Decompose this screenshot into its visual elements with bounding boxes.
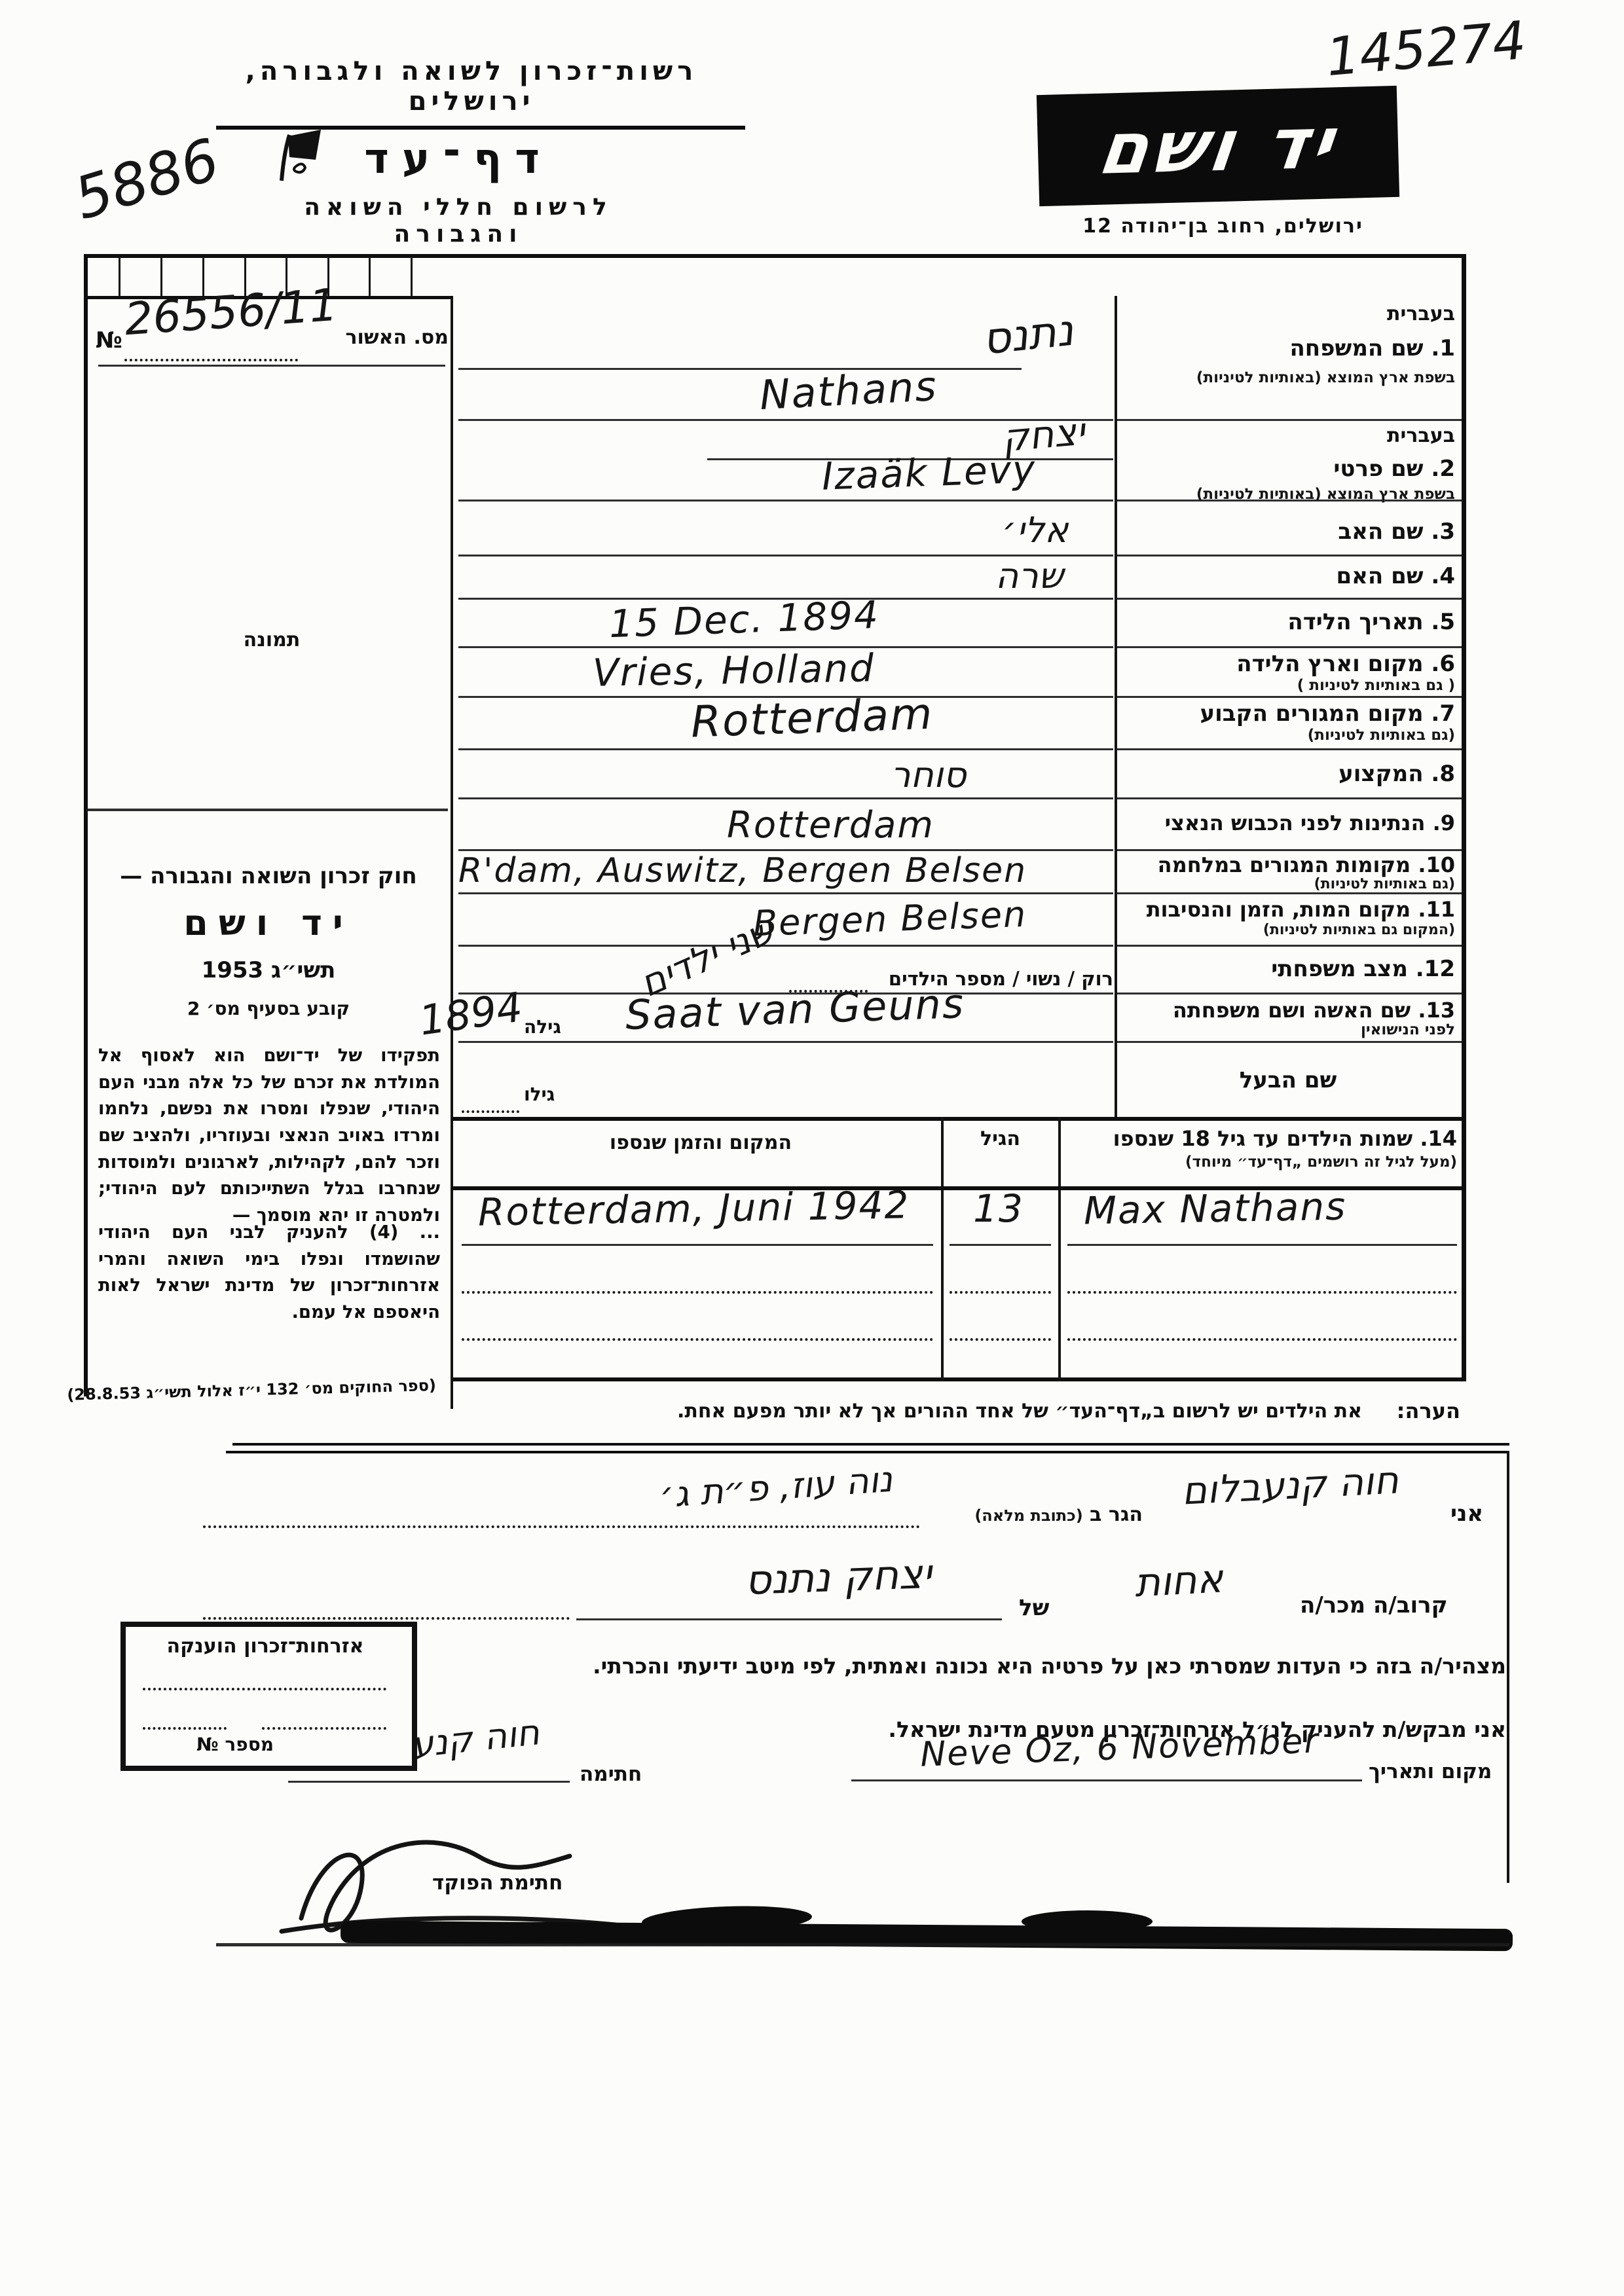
value-wife-birthyear: 1894 bbox=[416, 983, 525, 1044]
decl-person-handwritten: יצחק נתנס bbox=[680, 1548, 996, 1607]
flag-mark bbox=[263, 128, 329, 191]
value-residence: Rotterdam bbox=[690, 689, 934, 748]
value-mother-name: שרה bbox=[995, 555, 1107, 596]
law-paragraph-2: ... (4) להעניק לבני העם היהודי שהושמדו ו… bbox=[98, 1219, 440, 1326]
table-row-line bbox=[950, 1244, 1051, 1246]
husband-age-printed: גילו bbox=[524, 1084, 555, 1105]
field-7-label: 7. מקום המגורים הקבוע bbox=[1121, 701, 1455, 727]
note-title: הערה: bbox=[1375, 1398, 1460, 1423]
child-age: 13 bbox=[956, 1186, 1041, 1231]
left-column-divider bbox=[451, 296, 453, 1409]
decl-paragraph-1: מצהיר/ה בזה כי העדות שמסרתי כאן על פרטיה… bbox=[399, 1653, 1506, 1679]
label-row-line bbox=[1117, 419, 1462, 421]
write-line bbox=[458, 368, 1022, 370]
cell-divider bbox=[160, 257, 162, 296]
decl-of-label: של bbox=[1019, 1595, 1049, 1621]
table-col-place: המקום והזמן שנספו bbox=[485, 1131, 917, 1154]
law-name: יד ושם bbox=[98, 902, 439, 943]
write-line bbox=[458, 797, 1113, 799]
law-paragraph-1: תפקידו של יד־ושם הוא לאסוף אל המולדת את … bbox=[98, 1042, 440, 1229]
husband-name-label: שם הבעל bbox=[1121, 1067, 1455, 1093]
decl-relation-dashes bbox=[203, 1617, 570, 1620]
child-name: Max Nathans bbox=[1083, 1184, 1346, 1233]
form-border-right bbox=[1462, 254, 1466, 1381]
table-col-line bbox=[941, 1117, 944, 1381]
citizenship-no-sign: № bbox=[196, 1734, 219, 1755]
child-death-place: Rotterdam, Juni 1942 bbox=[477, 1182, 910, 1234]
field-6-label: 6. מקום וארץ הלידה bbox=[1121, 651, 1455, 677]
scanned-testimony-page: רשות־זכרון לשואה ולגבורה, ירושלים דף־עד … bbox=[0, 0, 1624, 2296]
citizenship-box-dashes bbox=[143, 1727, 227, 1730]
table-row-dotted bbox=[1067, 1338, 1457, 1341]
label-row-line bbox=[1117, 849, 1462, 851]
page-number-handwritten: 5886 bbox=[67, 126, 227, 233]
table-col-line bbox=[1058, 1117, 1061, 1381]
field-13-sublabel: לפני הנישואין bbox=[1121, 1021, 1455, 1038]
law-heading: חוק זכרון השואה והגבורה — bbox=[98, 863, 439, 889]
field-12-label: 12. מצב משפחתי bbox=[1121, 956, 1455, 982]
decl-resides-label: הגר ב (כתובת מלאה) bbox=[927, 1503, 1143, 1526]
field-3-label: 3. שם האב bbox=[1121, 519, 1455, 545]
bottom-scan-line bbox=[216, 1943, 1509, 1946]
label-row-line bbox=[1117, 993, 1462, 994]
table-row-dotted bbox=[950, 1338, 1051, 1341]
citizenship-box-dashes bbox=[262, 1727, 386, 1730]
approval-no-sign: № bbox=[96, 327, 122, 354]
field-11-label: 11. מקום המות, הזמן והנסיבות bbox=[1121, 897, 1455, 922]
form-border-left bbox=[84, 254, 88, 1396]
table-row-dotted bbox=[462, 1338, 933, 1341]
law-source-note: (ספר החוקים מס׳ 132 י״ז אלול תשי״ג 28.8.… bbox=[30, 1376, 437, 1405]
field-13-label: 13. שם האשה ושם משפחתה bbox=[1121, 998, 1455, 1023]
label-row-line bbox=[1117, 748, 1462, 750]
decl-declarant-name-handwritten: חוה קנעבלום bbox=[1139, 1455, 1442, 1516]
field-7-sublabel: (גם באותיות לטיניות) bbox=[1121, 727, 1455, 744]
table-top-line bbox=[452, 1117, 1466, 1121]
table-row-dotted bbox=[462, 1291, 933, 1294]
value-birth-place: Vries, Holland bbox=[592, 646, 875, 695]
citizenship-number-label: מספר № bbox=[143, 1734, 274, 1755]
table-col-age: הגיל bbox=[943, 1127, 1058, 1150]
label-row-line bbox=[1117, 945, 1462, 947]
field-8-label: 8. המקצוע bbox=[1121, 761, 1455, 787]
field-4-label: 4. שם האם bbox=[1121, 563, 1455, 589]
note-text: את הילדים יש לרשום ב„דף־העד״ של אחד ההור… bbox=[426, 1400, 1362, 1423]
citizenship-number-text: מספר bbox=[225, 1734, 274, 1755]
field-1-sublabel: בשפת ארץ המוצא (באותיות לטיניות) bbox=[1121, 369, 1455, 386]
form-border-bottom bbox=[452, 1377, 1466, 1381]
table-row-dotted bbox=[950, 1291, 1051, 1294]
label-row-line bbox=[1117, 598, 1462, 600]
decl-signature-label: חתימה bbox=[580, 1762, 642, 1786]
label-row-line bbox=[1117, 892, 1462, 894]
law-year: תשי״ג 1953 bbox=[98, 957, 439, 983]
photo-area-bottom-line bbox=[86, 809, 448, 811]
decl-address-handwritten: נוה עוז, פ״ת ג׳ bbox=[621, 1456, 931, 1519]
value-nationality: Rotterdam bbox=[727, 804, 934, 847]
value-profession: סוחר bbox=[891, 754, 1002, 795]
decl-resides-text: הגר ב bbox=[1090, 1503, 1143, 1526]
citizenship-box-dashes bbox=[143, 1688, 386, 1690]
field-9-label: 9. הנתינות לפני הכבוש הנאצי bbox=[1121, 811, 1455, 835]
form-title: דף־עד bbox=[334, 135, 583, 183]
wife-age-printed: גילה bbox=[524, 1016, 561, 1038]
value-birth-date: 15 Dec. 1894 bbox=[608, 592, 880, 646]
field-1-label: 1. שם המשפחה bbox=[1121, 335, 1455, 361]
label-row-line bbox=[1117, 555, 1462, 556]
husband-age-dashes bbox=[462, 1110, 519, 1113]
value-father-name: אלי׳ bbox=[1002, 509, 1107, 551]
table-title-sub: (מעל לגיל זה רושמים „דף־עד״ מיוחד) bbox=[1067, 1154, 1457, 1171]
decl-place-date-underline bbox=[851, 1779, 1362, 1781]
value-family-name-latin: Nathans bbox=[758, 362, 938, 419]
form-subtitle: לרשום חללי השואה והגבורה bbox=[272, 194, 645, 247]
field-2-label: 2. שם פרטי bbox=[1121, 456, 1455, 482]
decl-person-underline bbox=[576, 1618, 1002, 1620]
approval-row-line bbox=[98, 365, 445, 367]
decl-i-label: אני bbox=[1450, 1501, 1483, 1527]
table-row-line bbox=[1067, 1244, 1457, 1246]
label-row-line bbox=[1117, 797, 1462, 799]
approval-dashes bbox=[124, 359, 298, 361]
field-1-hebrew-tag: בעברית bbox=[1121, 302, 1455, 325]
logo-text: יד ושם bbox=[1094, 101, 1343, 190]
decl-place-date-label: מקום ותאריך bbox=[1369, 1760, 1492, 1783]
table-row-dotted bbox=[1067, 1291, 1457, 1294]
label-row-line bbox=[1117, 1041, 1462, 1043]
double-rule-2 bbox=[226, 1451, 1509, 1453]
write-line bbox=[458, 500, 1113, 501]
field-2-hebrew-tag: בעברית bbox=[1121, 424, 1455, 447]
decl-signature-underline bbox=[288, 1781, 570, 1783]
form-border-top bbox=[84, 254, 1466, 258]
cell-divider bbox=[119, 257, 120, 296]
ink-blot bbox=[1022, 1910, 1153, 1933]
double-rule-1 bbox=[232, 1443, 1509, 1446]
field-5-label: 5. תאריך הלידה bbox=[1121, 609, 1455, 635]
authority-heading: רשות־זכרון לשואה ולגבורה, ירושלים bbox=[196, 56, 747, 117]
address-line: ירושלים, רחוב בן־יהודה 12 bbox=[1012, 215, 1434, 238]
label-row-line bbox=[1117, 696, 1462, 698]
file-number-handwritten: 145274 bbox=[1324, 10, 1528, 88]
photo-label: תמונה bbox=[98, 629, 445, 651]
label-row-line bbox=[1117, 646, 1462, 648]
declaration-right-border bbox=[1507, 1451, 1509, 1883]
table-title: 14. שמות הילדים עד גיל 18 שנספו bbox=[1067, 1126, 1457, 1151]
decl-relation-handwritten: אחות bbox=[1086, 1554, 1271, 1609]
decl-address-dashes bbox=[203, 1525, 920, 1528]
field-10-label: 10. מקומות המגורים במלחמה bbox=[1121, 852, 1455, 877]
cell-divider bbox=[411, 257, 413, 296]
write-line bbox=[458, 748, 1113, 750]
write-line bbox=[458, 1041, 1113, 1043]
law-clause: קובע בסעיף מס׳ 2 bbox=[98, 998, 439, 1019]
decl-resides-paren: (כתובת מלאה) bbox=[974, 1506, 1082, 1525]
cell-divider bbox=[369, 257, 371, 296]
decl-relation-label: קרוב/ה מכר/ה bbox=[1300, 1592, 1448, 1618]
table-row-line bbox=[462, 1244, 933, 1246]
yad-vashem-logo: יד ושם bbox=[1037, 86, 1399, 206]
field-11-sublabel: (המקום גם באותיות לטיניות) bbox=[1121, 922, 1455, 938]
citizenship-box-title: אזרחות־זכרון הוענקה bbox=[131, 1635, 399, 1658]
value-family-name-hebrew: נתנס bbox=[980, 301, 1109, 364]
value-war-residences: R'dam, Auswitz, Bergen Belsen bbox=[458, 851, 1027, 890]
value-first-name-latin: Izaäk Levy bbox=[821, 446, 1037, 498]
label-row-line bbox=[1117, 500, 1462, 501]
field-6-sublabel: ( גם באותיות לטיניות ) bbox=[1121, 677, 1455, 694]
field-10-sublabel: (גם באותיות לטיניות) bbox=[1121, 876, 1455, 892]
